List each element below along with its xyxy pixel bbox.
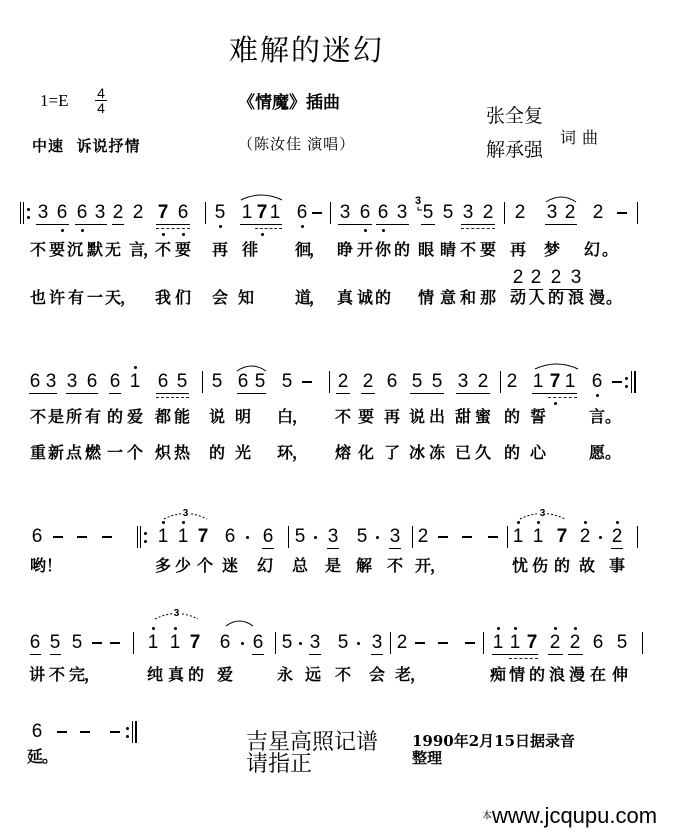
lyric-char: 心 — [528, 444, 548, 462]
augmentation-dot — [314, 536, 317, 539]
lyric-char: 的 — [207, 444, 227, 462]
beam — [50, 654, 61, 655]
beam — [156, 397, 189, 398]
beam — [30, 654, 41, 655]
beam — [75, 224, 107, 225]
note: 7 — [554, 526, 570, 548]
note: 2 — [548, 267, 564, 289]
barline — [133, 632, 134, 654]
note: 3 — [544, 202, 560, 224]
slur — [535, 364, 578, 369]
augmentation-dot — [241, 642, 244, 645]
note: 7 — [187, 632, 203, 654]
note: 6 — [294, 202, 310, 224]
note: 6 — [250, 632, 266, 654]
note: 1 — [127, 371, 143, 393]
beam — [492, 654, 538, 655]
note: 2 — [577, 526, 593, 548]
lyric-char: 个 — [125, 444, 145, 462]
watermark-prefix: 本 — [482, 811, 492, 823]
hold-dash — [415, 642, 425, 644]
lyric-char: 睛 — [438, 241, 458, 259]
hold-dash — [110, 642, 120, 644]
lyric-char: 徘 — [240, 241, 260, 259]
lyric-char: 伤 — [530, 557, 550, 575]
octave-dot-low — [364, 229, 367, 232]
lyric-char: 冰 — [407, 444, 427, 462]
note: 2 — [590, 202, 606, 224]
hold-dash — [110, 731, 120, 733]
beam — [461, 228, 495, 229]
lyric-char: 那 — [478, 289, 498, 307]
note: 3 — [43, 371, 59, 393]
note: 5 — [69, 632, 85, 654]
lyric-char: 知 — [236, 289, 256, 307]
lyric-char: 说 — [207, 408, 227, 426]
lyric-char: 不 — [385, 557, 405, 575]
note: 1 — [175, 526, 191, 548]
lyric-char: 梦 — [542, 241, 562, 259]
triplet-mark: 3 — [174, 608, 180, 619]
note: 5 — [174, 371, 190, 393]
note: 6 — [27, 371, 43, 393]
note: 6 — [107, 371, 123, 393]
beam — [262, 548, 274, 549]
repeat-end-barline — [631, 371, 632, 393]
octave-dot-low — [81, 229, 84, 232]
lyric-char: 幻 — [582, 241, 602, 259]
note: 6 — [74, 202, 90, 224]
octave-dot-high — [537, 521, 540, 524]
lyric-char: 能 — [172, 408, 192, 426]
note: 2 — [504, 371, 520, 393]
lyric-char: 爱 — [215, 666, 235, 684]
lyric-char: 一 — [85, 289, 105, 307]
hold-dash — [80, 731, 90, 733]
note: 5 — [209, 371, 225, 393]
note: 5 — [440, 202, 456, 224]
lyric-char: 甜 — [453, 408, 473, 426]
lyric-char: 了 — [382, 444, 402, 462]
notation-score: 333 366322765171636635353223226336616556… — [0, 0, 674, 834]
hold-dash — [57, 731, 67, 733]
slur — [241, 195, 282, 200]
note: 2 — [562, 202, 578, 224]
note: 1 — [167, 632, 183, 654]
note: 6 — [222, 526, 238, 548]
note: 2 — [547, 632, 563, 654]
augmentation-dot — [376, 536, 379, 539]
lyric-char: 少 — [173, 557, 193, 575]
barline — [390, 632, 391, 654]
lyric-char: 情 — [416, 289, 436, 307]
note: 6 — [384, 371, 400, 393]
repeat-dot — [625, 385, 628, 388]
repeat-dot — [27, 208, 30, 211]
note: 3 — [337, 202, 353, 224]
octave-dot-high — [174, 627, 177, 630]
note: 1 — [155, 526, 171, 548]
lyric-char: 迷 — [220, 557, 240, 575]
octave-dot-low — [182, 233, 185, 236]
note: 5 — [252, 371, 268, 393]
lyric-char: 眼 — [416, 241, 436, 259]
beam — [568, 654, 583, 655]
note: 6 — [27, 632, 43, 654]
lyric-char: ， — [307, 241, 327, 259]
lyric-char: 意 — [438, 289, 458, 307]
note: 1 — [239, 202, 255, 224]
note: 3 — [568, 267, 584, 289]
lyric-char: 在 — [588, 666, 608, 684]
lyric-char: 忧 — [510, 557, 530, 575]
beam — [532, 393, 577, 394]
lyric-char: 的 — [546, 289, 566, 307]
note: 6 — [29, 721, 45, 743]
note: 2 — [394, 632, 410, 654]
recording-date-note: 1990年2月15日据录音 — [412, 733, 575, 750]
note: 2 — [130, 202, 146, 224]
repeat-end-barline — [135, 721, 137, 743]
lyric-char: 已 — [453, 444, 473, 462]
note: 1 — [267, 202, 283, 224]
beam — [389, 548, 401, 549]
slur — [226, 621, 253, 626]
note: 2 — [475, 371, 491, 393]
beam — [338, 224, 372, 225]
note: 3 — [92, 202, 108, 224]
barline — [202, 371, 203, 393]
hold-dash — [465, 642, 475, 644]
note: 6 — [235, 371, 251, 393]
beam — [29, 393, 57, 394]
lyric-char: 和 — [458, 289, 478, 307]
lyric-char: 的 — [105, 408, 125, 426]
lyric-char: 幻 — [255, 557, 275, 575]
lyric-char: 再 — [508, 241, 528, 259]
octave-dot-high — [134, 366, 137, 369]
octave-dot-high — [517, 521, 520, 524]
lyric-char: 痴 — [488, 666, 508, 684]
octave-dot-high — [616, 521, 619, 524]
lyric-char: ， — [290, 408, 310, 426]
note: 3 — [307, 632, 323, 654]
note: 3 — [64, 371, 80, 393]
lyric-char: 沉 — [65, 241, 85, 259]
lyric-char: 个 — [195, 557, 215, 575]
note: 2 — [512, 202, 528, 224]
octave-dot-low — [382, 229, 385, 232]
beam — [237, 393, 266, 394]
repeat-dot — [144, 532, 147, 535]
note: 3 — [394, 202, 410, 224]
repeat-start-barline — [23, 202, 24, 224]
note: 2 — [480, 202, 496, 224]
octave-dot-low — [219, 225, 222, 228]
note: 6 — [589, 371, 605, 393]
note: 6 — [590, 632, 606, 654]
beam — [112, 224, 124, 225]
note: 5 — [409, 371, 425, 393]
arrangement-note: 整理 — [412, 750, 442, 767]
lyric-char: 誓 — [528, 408, 548, 426]
lyric-char: 默 — [85, 241, 105, 259]
barline — [637, 202, 638, 224]
beam — [611, 548, 623, 549]
note: 6 — [54, 202, 70, 224]
note: 5 — [614, 632, 630, 654]
lyric-char: 永 — [275, 666, 295, 684]
note: 1 — [562, 371, 578, 393]
beam — [548, 654, 563, 655]
hold-dash — [612, 381, 622, 383]
triplet-mark: 3 — [540, 508, 546, 519]
lyric-char: 再 — [382, 408, 402, 426]
note: 1 — [490, 632, 506, 654]
note: 6 — [375, 202, 391, 224]
beam — [255, 228, 282, 229]
beam — [336, 393, 350, 394]
note: 3 — [455, 371, 471, 393]
lyric-char: 新 — [46, 444, 66, 462]
octave-dot-high — [182, 521, 185, 524]
lyric-char: 说 — [407, 408, 427, 426]
lyric-char: 点 — [64, 444, 84, 462]
watermark-url: www.jcqupu.com — [492, 803, 657, 829]
lyric-char: ， — [118, 289, 138, 307]
repeat-start-barline — [140, 526, 141, 548]
note: 5 — [354, 526, 370, 548]
note: 3 — [369, 632, 385, 654]
lyric-char: 蜜 — [473, 408, 493, 426]
lyric-char: ， — [408, 666, 428, 684]
beam — [327, 548, 339, 549]
note: 2 — [609, 526, 625, 548]
octave-dot-low — [61, 229, 64, 232]
beam — [410, 393, 444, 394]
note: 7 — [547, 371, 563, 393]
barline — [275, 632, 276, 654]
beam — [156, 393, 189, 394]
lyric-char: 要 — [173, 241, 193, 259]
augmentation-dot — [599, 536, 602, 539]
lyric-char: 光 — [233, 444, 253, 462]
lyric-char: 燃 — [83, 444, 103, 462]
hold-dash — [92, 642, 102, 644]
note: 5 — [279, 632, 295, 654]
lyric-char: 。 — [604, 289, 624, 307]
octave-dot-high — [554, 627, 557, 630]
lyric-char: 纯 — [145, 666, 165, 684]
beam — [461, 224, 495, 225]
barline — [329, 371, 330, 393]
lyric-char: 冻 — [427, 444, 447, 462]
lyric-char: 不 — [333, 666, 353, 684]
note: 5 — [212, 202, 228, 224]
barline — [642, 632, 643, 654]
lyric-char: 讲 — [27, 666, 47, 684]
lyric-char: 有 — [66, 289, 86, 307]
lyric-char: 不 — [333, 408, 353, 426]
hold-dash — [488, 536, 498, 538]
octave-dot-low — [554, 402, 557, 405]
hold-dash — [438, 642, 448, 644]
hold-dash — [462, 536, 472, 538]
lyric-char: 要 — [47, 241, 67, 259]
lyric-char: 事 — [607, 557, 627, 575]
lyric-char: 浪 — [547, 666, 567, 684]
lyric-char: ！ — [44, 557, 64, 575]
note: 2 — [415, 526, 431, 548]
lyric-char: 久 — [473, 444, 493, 462]
beam — [109, 393, 121, 394]
hold-dash — [302, 381, 312, 383]
beam — [361, 393, 375, 394]
lyric-char: 不 — [28, 408, 48, 426]
note: 2 — [110, 202, 126, 224]
note: 6 — [217, 632, 233, 654]
octave-dot-low — [162, 233, 165, 236]
lyric-char: 人 — [527, 289, 547, 307]
sheet-music-page: 难解的迷幻 1=E 4 4 《情魔》插曲 中速 诉说抒情 （陈汝佳 演唱） 张全… — [0, 0, 674, 834]
lyric-char: 多 — [153, 557, 173, 575]
barline — [412, 526, 413, 548]
lyric-char: 故 — [577, 557, 597, 575]
lyric-char: 。 — [40, 748, 60, 766]
lyric-char: 诚 — [355, 289, 375, 307]
lyric-char: 一 — [105, 444, 125, 462]
note: 7 — [524, 632, 540, 654]
octave-dot-low — [301, 225, 304, 228]
barline — [500, 371, 501, 393]
beam — [156, 224, 190, 225]
lyric-char: 许 — [47, 289, 67, 307]
octave-dot-low — [261, 233, 264, 236]
lyric-char: 远 — [303, 666, 323, 684]
beam — [309, 654, 321, 655]
hold-dash — [53, 536, 63, 538]
beam — [156, 228, 190, 229]
lyric-char: 会 — [367, 666, 387, 684]
note: 5 — [47, 632, 63, 654]
lyric-char: ， — [290, 444, 310, 462]
note: 6 — [84, 371, 100, 393]
lyric-char: 。 — [603, 408, 623, 426]
note: 3 — [325, 526, 341, 548]
barline — [205, 202, 206, 224]
note: 5 — [292, 526, 308, 548]
beam — [421, 224, 435, 225]
lyric-char: 不 — [458, 241, 478, 259]
beam — [376, 224, 409, 225]
beam — [371, 654, 383, 655]
repeat-dot — [126, 727, 129, 730]
lyric-char: 是 — [46, 408, 66, 426]
lyric-char: 会 — [210, 289, 230, 307]
repeat-end-barline — [132, 721, 133, 743]
note: 5 — [429, 371, 445, 393]
lyric-char: 。 — [603, 444, 623, 462]
repeat-dot — [625, 377, 628, 380]
beam — [36, 224, 69, 225]
lyric-char: 也 — [28, 289, 48, 307]
augmentation-dot — [246, 536, 249, 539]
lyric-char: 要 — [356, 408, 376, 426]
octave-dot-high — [497, 627, 500, 630]
note: 2 — [510, 267, 526, 289]
note: 3 — [387, 526, 403, 548]
beam — [548, 397, 577, 398]
lyric-char: 解 — [354, 557, 374, 575]
note: 1 — [530, 371, 546, 393]
hold-dash — [617, 212, 627, 214]
beam — [66, 393, 98, 394]
lyric-char: 总 — [290, 557, 310, 575]
note: 2 — [360, 371, 376, 393]
note: 2 — [335, 371, 351, 393]
barline — [637, 526, 638, 548]
note: 7 — [155, 202, 171, 224]
lyric-char: 要 — [478, 241, 498, 259]
lyric-char: 爱 — [125, 408, 145, 426]
beam — [509, 658, 538, 659]
note: 6 — [155, 371, 171, 393]
lyric-char: 伸 — [610, 666, 630, 684]
lyric-char: 。 — [600, 241, 620, 259]
lyric-char: 的 — [552, 557, 572, 575]
note: 6 — [29, 526, 45, 548]
lyric-char: 所 — [64, 408, 84, 426]
note: 5 — [279, 371, 295, 393]
barline — [483, 632, 484, 654]
correction-request: 请指正 — [246, 752, 312, 776]
lyric-char: 都 — [153, 408, 173, 426]
triplet-mark: 3 — [183, 508, 189, 519]
augmentation-dot — [357, 642, 360, 645]
octave-dot-high — [514, 627, 517, 630]
repeat-dot — [126, 735, 129, 738]
note: 2 — [567, 632, 583, 654]
lyric-char: 再 — [210, 241, 230, 259]
lyric-char: 的 — [502, 408, 522, 426]
beam — [456, 393, 490, 394]
beam — [240, 224, 282, 225]
lyric-char: ， — [82, 666, 102, 684]
note: 7 — [195, 526, 211, 548]
barline — [504, 202, 505, 224]
note: 5 — [335, 632, 351, 654]
lyric-char: 浪 — [566, 289, 586, 307]
repeat-dot — [27, 216, 30, 219]
repeat-end-barline — [634, 371, 636, 393]
lyric-char: 的 — [502, 444, 522, 462]
lyric-char: 炽 — [153, 444, 173, 462]
lyric-char: 的 — [186, 666, 206, 684]
note: 6 — [260, 526, 276, 548]
lyric-char: 是 — [323, 557, 343, 575]
lyric-char: 不 — [153, 241, 173, 259]
beam — [252, 654, 264, 655]
lyric-char: 化 — [356, 444, 376, 462]
barline — [288, 526, 289, 548]
lyric-char: 真 — [166, 666, 186, 684]
lyric-char: 不 — [47, 666, 67, 684]
lyric-char: 你 — [373, 241, 393, 259]
barline — [507, 526, 508, 548]
lyric-char: 睁 — [335, 241, 355, 259]
lyric-char: 熔 — [333, 444, 353, 462]
note: 6 — [175, 202, 191, 224]
